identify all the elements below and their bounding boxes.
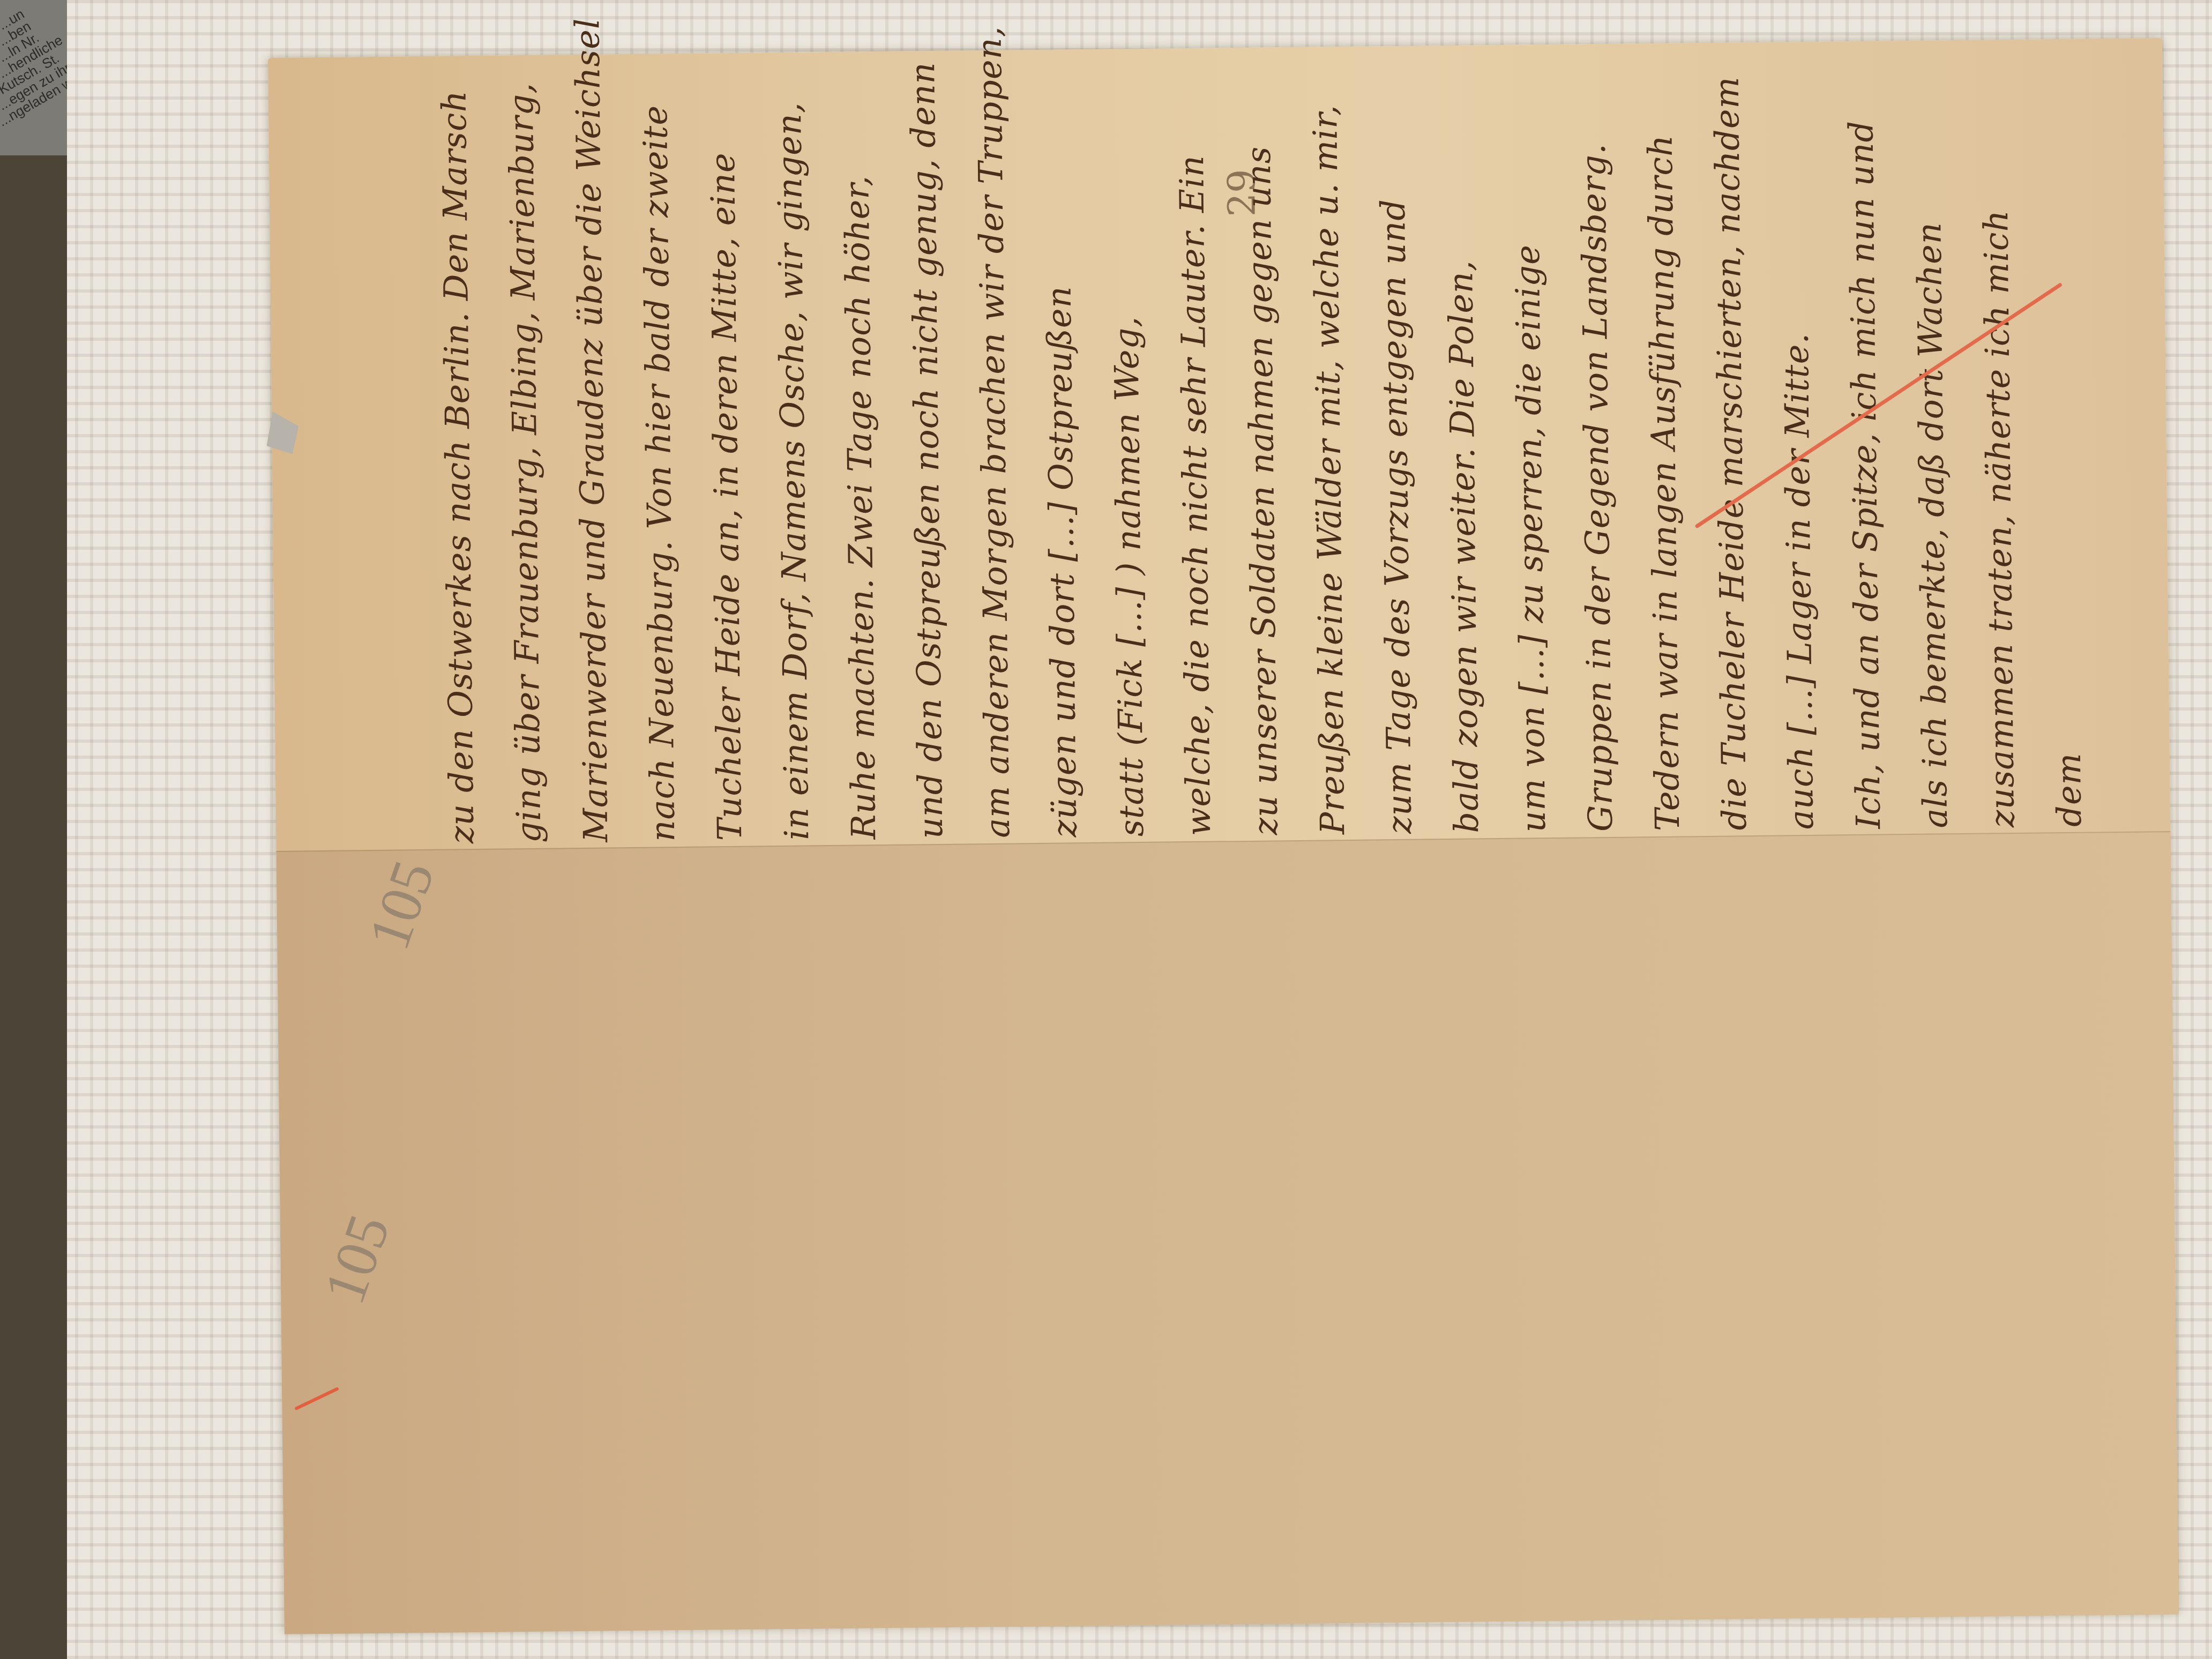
printed-label-fragment: ...un ...ben ...ln Nr. ...hendliche Kuts… — [0, 0, 67, 155]
text-line: und den Ostpreußen noch nicht genug, den… — [903, 62, 954, 839]
text-line: bald zogen wir weiter. Die Polen, — [1439, 56, 1490, 833]
text-line: zu unserer Soldaten nahmen gegen uns — [1238, 58, 1289, 835]
text-line: am anderen Morgen brachen wir der Truppe… — [970, 61, 1021, 838]
text-line: um von [...] zu sperren, die einige — [1506, 55, 1557, 833]
text-line: nach Neuenburg. Von hier bald der zweite — [635, 64, 686, 842]
text-line: ging über Frauenburg, Elbing, Marienburg… — [501, 66, 552, 843]
text-line: in einem Dorf, Namens Osche, wir gingen, — [769, 63, 820, 840]
text-line: Marienwerder und Graudenz über die Weich… — [568, 65, 619, 842]
text-line: statt (Fick [...] ) nahmen Weg, — [1104, 59, 1155, 837]
text-line: zum Tage des Vorzugs entgegen und — [1372, 57, 1423, 834]
text-line: auch [...] Lager in der Mitte. — [1774, 53, 1825, 830]
folded-lower-half — [276, 831, 2178, 1634]
text-line: Preußen kleine Wälder mit, welche u. mir… — [1305, 57, 1356, 835]
text-line: zu den Ostwerkes nach Berlin. Den Marsch — [434, 66, 485, 844]
text-line: zusammen traten, näherte ich mich — [1975, 50, 2026, 828]
dark-table-strip — [0, 0, 67, 1659]
text-line: die Tucheler Heide marschierten, nachdem — [1707, 53, 1758, 831]
text-line: Ich, und an der Spitze, ich mich nun und — [1841, 51, 1892, 829]
text-line: dem — [2047, 612, 2093, 827]
text-line: Tucheler Heide an, in deren Mitte, eine — [702, 64, 753, 841]
text-line: zügen und dort [...] Ostpreußen — [1037, 60, 1088, 838]
letter-page: 29 105 105 zu den Ostwerkes nach Berlin.… — [268, 38, 2179, 1633]
text-line: Gruppen in der Gegend von Landsberg. — [1573, 55, 1624, 832]
text-line: welche, die noch nicht sehr Lauter. Ein — [1171, 59, 1222, 836]
handwritten-text: zu den Ostwerkes nach Berlin. Den Marsch… — [354, 39, 2130, 845]
text-line: Ruhe machten. Zwei Tage noch höher, — [836, 62, 887, 840]
text-line: als ich bemerkte, daß dort Wachen — [1908, 51, 1959, 828]
text-line: Tedern war in langen Ausführung durch — [1640, 54, 1691, 831]
